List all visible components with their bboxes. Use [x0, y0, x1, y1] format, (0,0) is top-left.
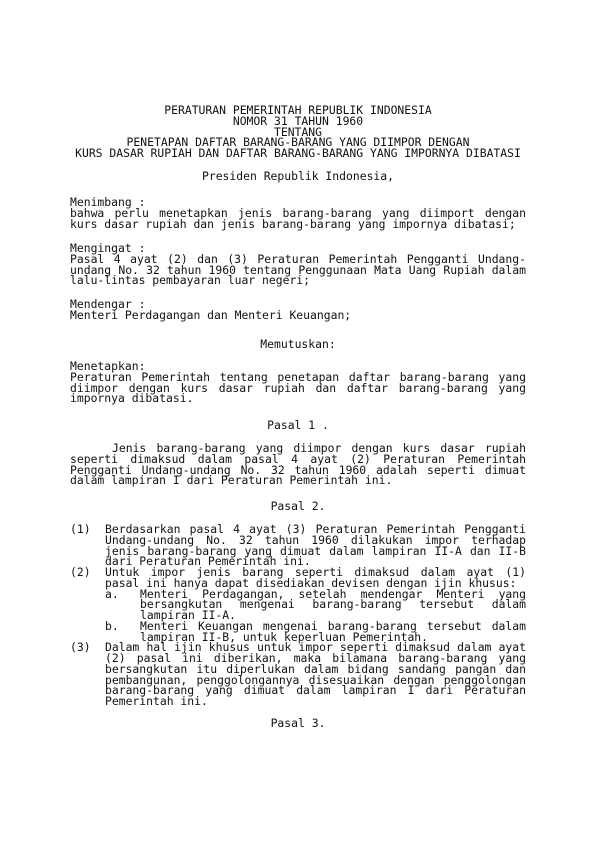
menetapkan-line: impornya dibatasi. [70, 393, 526, 404]
pasal-1-title: Pasal 1 . [70, 420, 526, 431]
pasal-2-title: Pasal 2. [70, 501, 526, 512]
pasal-3-title: Pasal 3. [70, 718, 526, 729]
pasal-2-body: (1) Berdasarkan pasal 4 ayat (3) Peratur… [70, 524, 526, 707]
ayat-line: Pemerintah ini. [105, 696, 526, 707]
ayat-number: (3) [70, 642, 91, 653]
memutuskan-heading: Memutuskan: [70, 339, 526, 350]
section-mendengar: Mendengar : Menteri Perdagangan dan Ment… [70, 299, 526, 321]
section-mengingat: Mengingat : Pasal 4 ayat (2) dan (3) Per… [70, 243, 526, 286]
president-text: Presiden Republik Indonesia, [70, 171, 526, 182]
menimbang-line: kurs dasar rupiah dan jenis barang-baran… [70, 219, 526, 230]
item-letter: b. [105, 621, 119, 632]
document-page: PERATURAN PEMERINTAH REPUBLIK INDONESIA … [0, 0, 595, 842]
president-line: Presiden Republik Indonesia, [70, 171, 526, 182]
mendengar-line: Menteri Perdagangan dan Menteri Keuangan… [70, 310, 526, 321]
document-title: PERATURAN PEMERINTAH REPUBLIK INDONESIA … [70, 105, 526, 159]
pasal-1-heading: Pasal 1 . [70, 420, 526, 431]
pasal-2-heading: Pasal 2. [70, 501, 526, 512]
memutuskan-text: Memutuskan: [70, 339, 526, 350]
pasal-1-line: dalam lampiran I dari Peraturan Pemerint… [70, 475, 526, 486]
item-letter: a. [105, 589, 119, 600]
title-subject-2: KURS DASAR RUPIAH DAN DAFTAR BARANG-BARA… [70, 148, 526, 159]
pasal-1-body: Jenis barang-barang yang diimpor dengan … [70, 443, 526, 486]
pasal-3-heading: Pasal 3. [70, 718, 526, 729]
section-menimbang: Menimbang : bahwa perlu menetapkan jenis… [70, 197, 526, 229]
ayat-number: (1) [70, 524, 91, 535]
section-menetapkan: Menetapkan: Peraturan Pemerintah tentang… [70, 361, 526, 404]
ayat-number: (2) [70, 567, 91, 578]
mengingat-line: lalu-lintas pembayaran luar negeri; [70, 275, 526, 286]
